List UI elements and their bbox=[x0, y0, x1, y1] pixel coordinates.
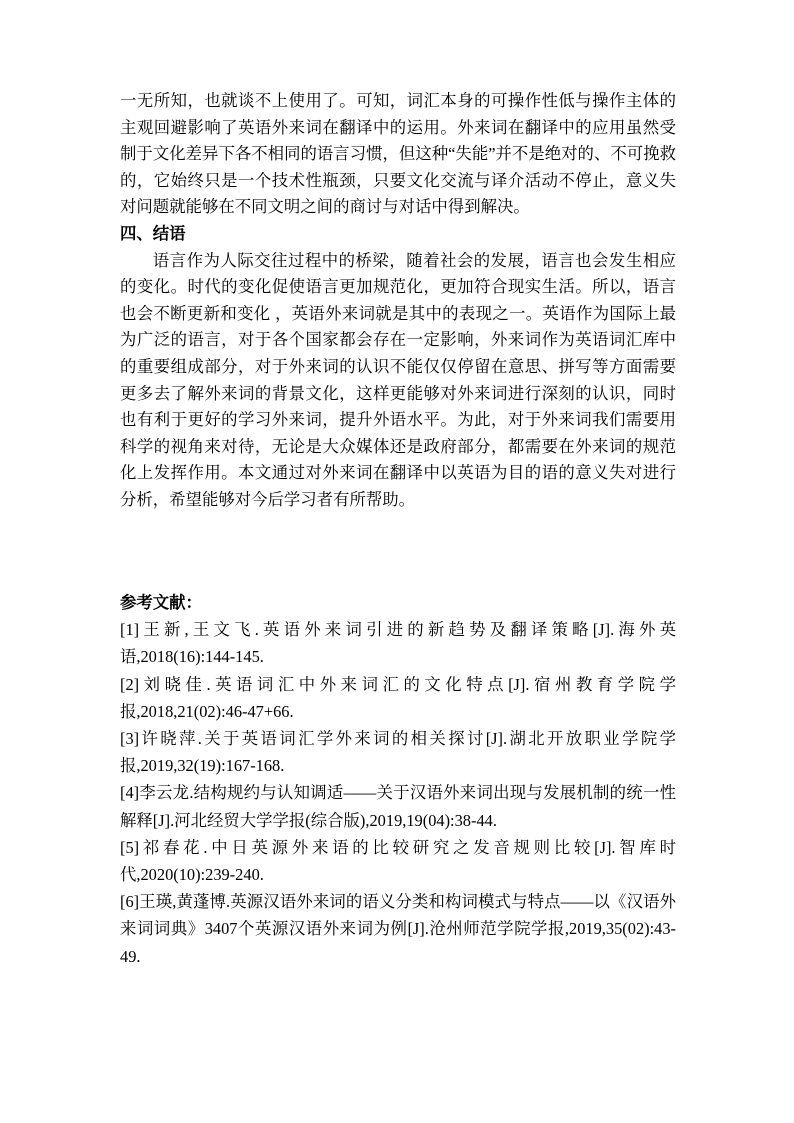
references-heading: 参考文献： bbox=[120, 590, 676, 617]
paragraph-conclusion: 语言作为人际交往过程中的桥梁，随着社会的发展，语言也会发生相应的变化。时代的变化… bbox=[120, 248, 676, 514]
reference-item: [2]刘晓佳.英语词汇中外来词汇的文化特点[J].宿州教育学院学报,2018,2… bbox=[120, 671, 676, 725]
paragraph-continuation: 一无所知，也就谈不上使用了。可知，词汇本身的可操作性低与操作主体的主观回避影响了… bbox=[120, 88, 676, 221]
reference-item: [4]李云龙.结构规约与认知调适——关于汉语外来词出现与发展机制的统一性解释[J… bbox=[120, 779, 676, 833]
reference-item: [3]许晓萍.关于英语词汇学外来词的相关探讨[J].湖北开放职业学院学报,201… bbox=[120, 725, 676, 779]
document-content: 一无所知，也就谈不上使用了。可知，词汇本身的可操作性低与操作主体的主观回避影响了… bbox=[120, 88, 676, 970]
reference-item: [1]王新,王文飞.英语外来词引进的新趋势及翻译策略[J].海外英语,2018(… bbox=[120, 616, 676, 670]
references-list: [1]王新,王文飞.英语外来词引进的新趋势及翻译策略[J].海外英语,2018(… bbox=[120, 616, 676, 970]
reference-item: [6]王瑛,黄蓬博.英源汉语外来词的语义分类和构词模式与特点——以《汉语外来词词… bbox=[120, 888, 676, 970]
document-page: 一无所知，也就谈不上使用了。可知，词汇本身的可操作性低与操作主体的主观回避影响了… bbox=[0, 0, 794, 1123]
reference-item: [5]祁春花.中日英源外来语的比较研究之发音规则比较[J].智库时代,2020(… bbox=[120, 834, 676, 888]
section-heading-conclusion: 四、结语 bbox=[120, 221, 676, 248]
